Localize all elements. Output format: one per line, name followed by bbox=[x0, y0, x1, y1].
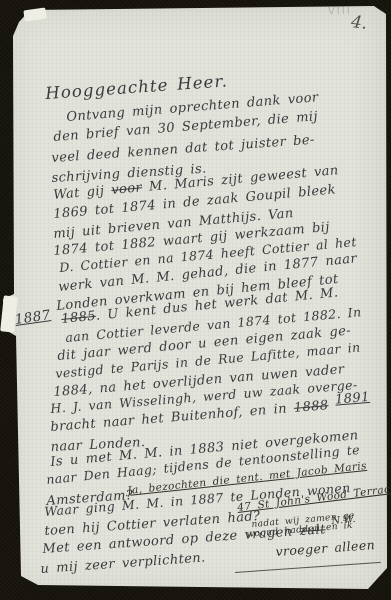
struck-word: voor bbox=[111, 180, 143, 198]
photographed-letter: VIII 4. Hooggeachte Heer. Ontvang mijn o… bbox=[0, 0, 391, 600]
folio-number: 4. bbox=[350, 12, 369, 34]
inserted-year: 1891 bbox=[335, 391, 371, 407]
series-mark: VIII bbox=[328, 6, 352, 18]
struck-word: zult bbox=[299, 522, 326, 539]
struck-word: 1888 bbox=[293, 398, 329, 416]
